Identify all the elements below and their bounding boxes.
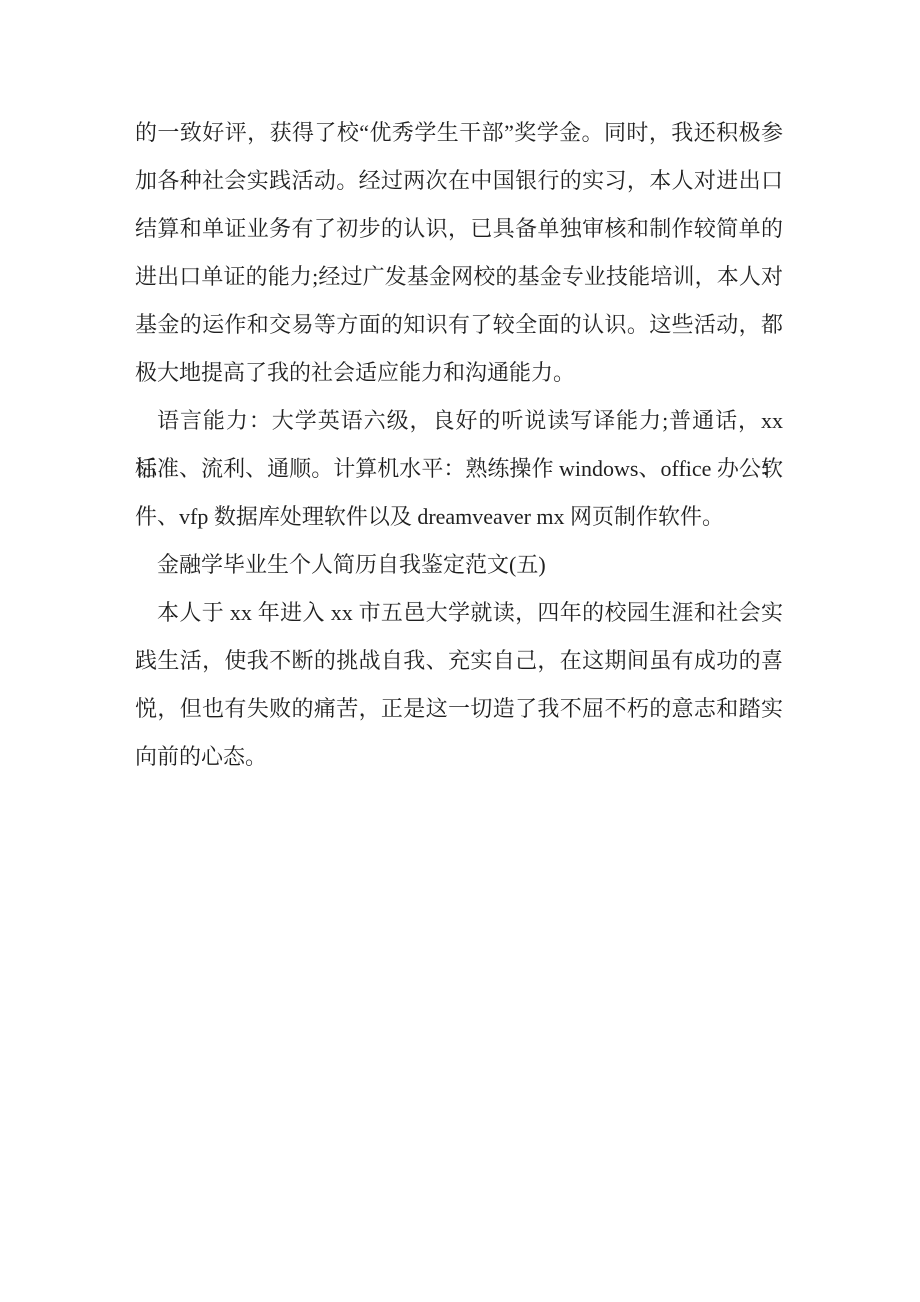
text-line: 加各种社会实践活动。经过两次在中国银行的实习，本人对进出口: [135, 157, 783, 205]
text-line: 的一致好评，获得了校“优秀学生干部”奖学金。同时，我还积极参: [135, 109, 783, 157]
text-line: 本人于 xx 年进入 xx 市五邑大学就读，四年的校园生涯和社会实: [135, 589, 783, 637]
document-page: 的一致好评，获得了校“优秀学生干部”奖学金。同时，我还积极参 加各种社会实践活动…: [0, 0, 920, 1302]
text-line: 件、vfp 数据库处理软件以及 dreamveaver mx 网页制作软件。: [135, 493, 783, 541]
text-line: 标准、流利、通顺。计算机水平：熟练操作 windows、office 办公软: [135, 445, 783, 493]
section-title-line: 金融学毕业生个人简历自我鉴定范文(五): [135, 541, 783, 589]
text-line: 语言能力：大学英语六级，良好的听说读写译能力;普通话，xx 话：: [135, 397, 783, 445]
text-line: 践生活，使我不断的挑战自我、充实自己，在这期间虽有成功的喜: [135, 637, 783, 685]
text-line: 基金的运作和交易等方面的知识有了较全面的认识。这些活动，都: [135, 301, 783, 349]
text-line: 进出口单证的能力;经过广发基金网校的基金专业技能培训，本人对: [135, 253, 783, 301]
text-line: 悦，但也有失败的痛苦，正是这一切造了我不屈不朽的意志和踏实: [135, 685, 783, 733]
text-line: 结算和单证业务有了初步的认识，已具备单独审核和制作较简单的: [135, 205, 783, 253]
text-line: 极大地提高了我的社会适应能力和沟通能力。: [135, 349, 783, 397]
text-line: 向前的心态。: [135, 733, 783, 781]
text-block: 的一致好评，获得了校“优秀学生干部”奖学金。同时，我还积极参 加各种社会实践活动…: [135, 109, 783, 781]
